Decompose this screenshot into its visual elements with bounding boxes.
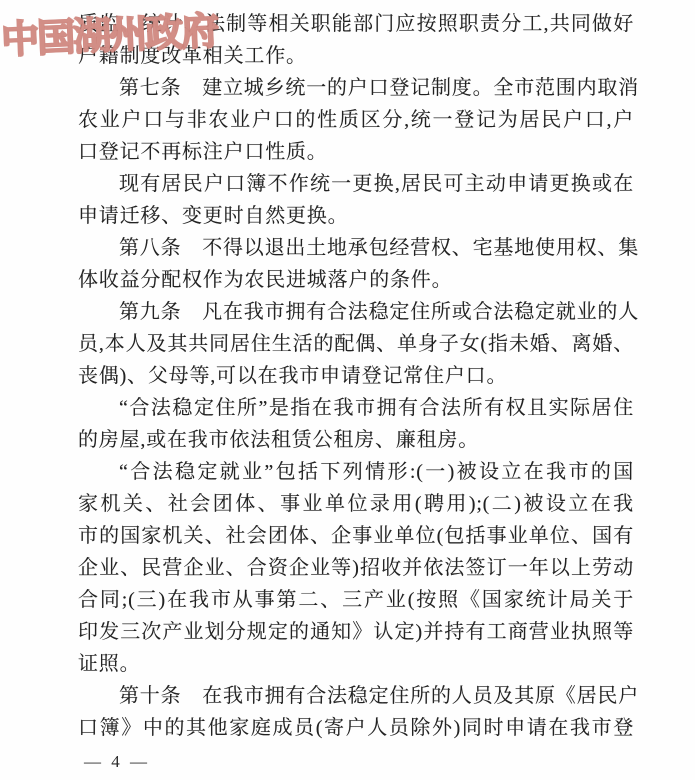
document-line-article-9: 第九条 凡在我市拥有合法稳定住所或合法稳定就业的人	[78, 296, 634, 328]
document-line: 证照。	[78, 648, 634, 680]
document-line: 现有居民户口簿不作统一更换,居民可主动申请更换或在	[78, 168, 634, 200]
document-line: 员,本人及其共同居住生活的配偶、单身子女(指未婚、离婚、	[78, 328, 634, 360]
page-number: — 4 —	[84, 752, 150, 772]
document-body: 质监、统计、法制等相关职能部门应按照职责分工,共同做好 户籍制度改革相关工作。 …	[78, 8, 634, 744]
document-line: 企业、民营企业、合资企业等)招收并依法签订一年以上劳动	[78, 552, 634, 584]
document-line: 市的国家机关、社会团体、企事业单位(包括事业单位、国有	[78, 520, 634, 552]
document-line: 合同;(三)在我市从事第二、三产业(按照《国家统计局关于	[78, 584, 634, 616]
document-line: “合法稳定住所”是指在我市拥有合法所有权且实际居住	[78, 392, 634, 424]
document-line: 口登记不再标注户口性质。	[78, 136, 634, 168]
document-line: 丧偶)、父母等,可以在我市申请登记常住户口。	[78, 360, 634, 392]
document-line: 家机关、社会团体、事业单位录用(聘用);(二)被设立在我	[78, 488, 634, 520]
document-line: “合法稳定就业”包括下列情形:(一)被设立在我市的国	[78, 456, 634, 488]
document-line: 质监、统计、法制等相关职能部门应按照职责分工,共同做好	[78, 8, 634, 40]
document-line-article-8: 第八条 不得以退出土地承包经营权、宅基地使用权、集	[78, 232, 634, 264]
document-line: 体收益分配权作为农民进城落户的条件。	[78, 264, 634, 296]
document-line-article-10: 第十条 在我市拥有合法稳定住所的人员及其原《居民户	[78, 680, 634, 712]
document-line: 口簿》中的其他家庭成员(寄户人员除外)同时申请在我市登	[78, 712, 634, 744]
document-line: 农业户口与非农业户口的性质区分,统一登记为居民户口,户	[78, 104, 634, 136]
document-line-article-7: 第七条 建立城乡统一的户口登记制度。全市范围内取消	[78, 72, 634, 104]
document-line: 户籍制度改革相关工作。	[78, 40, 634, 72]
document-line: 申请迁移、变更时自然更换。	[78, 200, 634, 232]
document-line: 的房屋,或在我市依法租赁公租房、廉租房。	[78, 424, 634, 456]
scanned-document-page: 中国湖州政府 质监、统计、法制等相关职能部门应按照职责分工,共同做好 户籍制度改…	[0, 0, 695, 780]
document-line: 印发三次产业划分规定的通知》认定)并持有工商营业执照等	[78, 616, 634, 648]
